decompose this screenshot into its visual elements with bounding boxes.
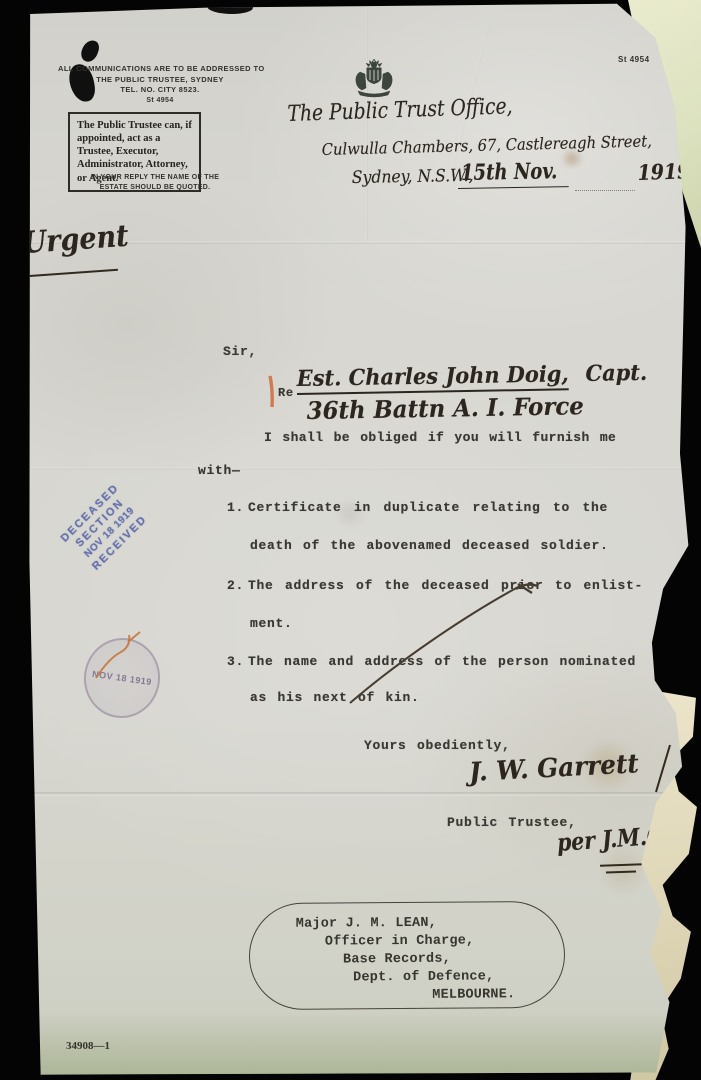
notice-line-1: ALL COMMUNICATIONS ARE TO BE ADDRESSED T… xyxy=(58,64,262,75)
urgent-underline xyxy=(26,269,118,277)
per-underline-2 xyxy=(606,870,636,873)
notice-line-3: TEL. NO. CITY 8523. xyxy=(58,85,262,96)
round-date-stamp: NOV 18 1919 xyxy=(79,633,165,723)
date-day-month: 15th Nov. xyxy=(457,158,569,189)
fold-line xyxy=(0,792,701,796)
reply-note-line-1: IN YOUR REPLY THE NAME OF THE xyxy=(80,173,230,183)
item-1-number: 1. xyxy=(227,500,244,515)
item-3-line-2: as his next of kin. xyxy=(250,690,420,705)
recipient-line-3: Base Records, xyxy=(343,950,564,970)
signature: J. W. Garrett xyxy=(468,749,639,788)
item-2-number: 2. xyxy=(227,578,244,593)
opening-line: I shall be obliged if you will furnish m… xyxy=(264,430,616,445)
salutation: Sir, xyxy=(223,344,257,359)
recipient-line-2: Officer in Charge, xyxy=(325,932,564,952)
notice-ref: St 4954 xyxy=(58,96,262,107)
office-address: Culwulla Chambers, 67, Castlereagh Stree… xyxy=(322,131,653,159)
urgent-annotation: Urgent xyxy=(22,219,130,261)
case-rank: Capt. xyxy=(585,360,647,387)
item-3-number: 3. xyxy=(227,654,244,669)
letter-sheet: ALL COMMUNICATIONS ARE TO BE ADDRESSED T… xyxy=(0,0,701,1080)
item-1-line-2: death of the abovenamed deceased soldier… xyxy=(250,538,609,553)
case-name: Est. Charles John Doig, Capt. xyxy=(297,360,648,392)
item-1-line-1: Certificate in duplicate relating to the xyxy=(248,500,608,515)
item-2-line-2: ment. xyxy=(250,616,293,631)
case-unit: 36th Battn A. I. Force xyxy=(306,391,584,425)
print-code: 34908—1 xyxy=(66,1040,110,1052)
recipient-line-1: Major J. M. LEAN, xyxy=(296,914,564,934)
date-dotted-leader xyxy=(575,190,635,191)
ink-blot xyxy=(79,38,101,64)
round-stamp-date: NOV 18 1919 xyxy=(92,669,153,687)
reply-note: IN YOUR REPLY THE NAME OF THE ESTATE SHO… xyxy=(80,173,230,192)
re-label: Re xyxy=(278,386,294,400)
page-background: { "letterhead": { "notice_line1": "ALL C… xyxy=(0,0,701,1080)
recipient-line-5: MELBOURNE. xyxy=(432,986,564,1005)
reply-note-line-2: ESTATE SHOULD BE QUOTED. xyxy=(80,183,230,193)
with-line: with— xyxy=(198,463,241,478)
office-name: The Public Trust Office, xyxy=(287,94,513,127)
case-name-underlined: Est. Charles John Doig, xyxy=(297,361,569,395)
coat-of-arms-icon xyxy=(346,58,402,98)
recipient-address-oval: Major J. M. LEAN, Officer in Charge, Bas… xyxy=(249,901,566,1010)
recipient-line-4: Dept. of Defence, xyxy=(353,968,564,987)
letterhead-notice: ALL COMMUNICATIONS ARE TO BE ADDRESSED T… xyxy=(58,64,262,106)
deceased-section-stamp: DECEASED SECTION NOV 18 1919 RECEIVED xyxy=(6,429,204,627)
corner-ref: St 4954 xyxy=(618,55,650,64)
notice-line-2: THE PUBLIC TRUSTEE, SYDNEY xyxy=(58,75,262,86)
per-underline-1 xyxy=(600,863,644,867)
item-3-line-1: The name and address of the person nomin… xyxy=(248,654,636,669)
item-2-line-1: The address of the deceased prior to enl… xyxy=(248,578,643,593)
closing-line: Yours obediently, xyxy=(364,738,511,753)
office-city: Sydney, N.S.W., xyxy=(352,166,474,188)
ink-blot xyxy=(207,0,253,14)
